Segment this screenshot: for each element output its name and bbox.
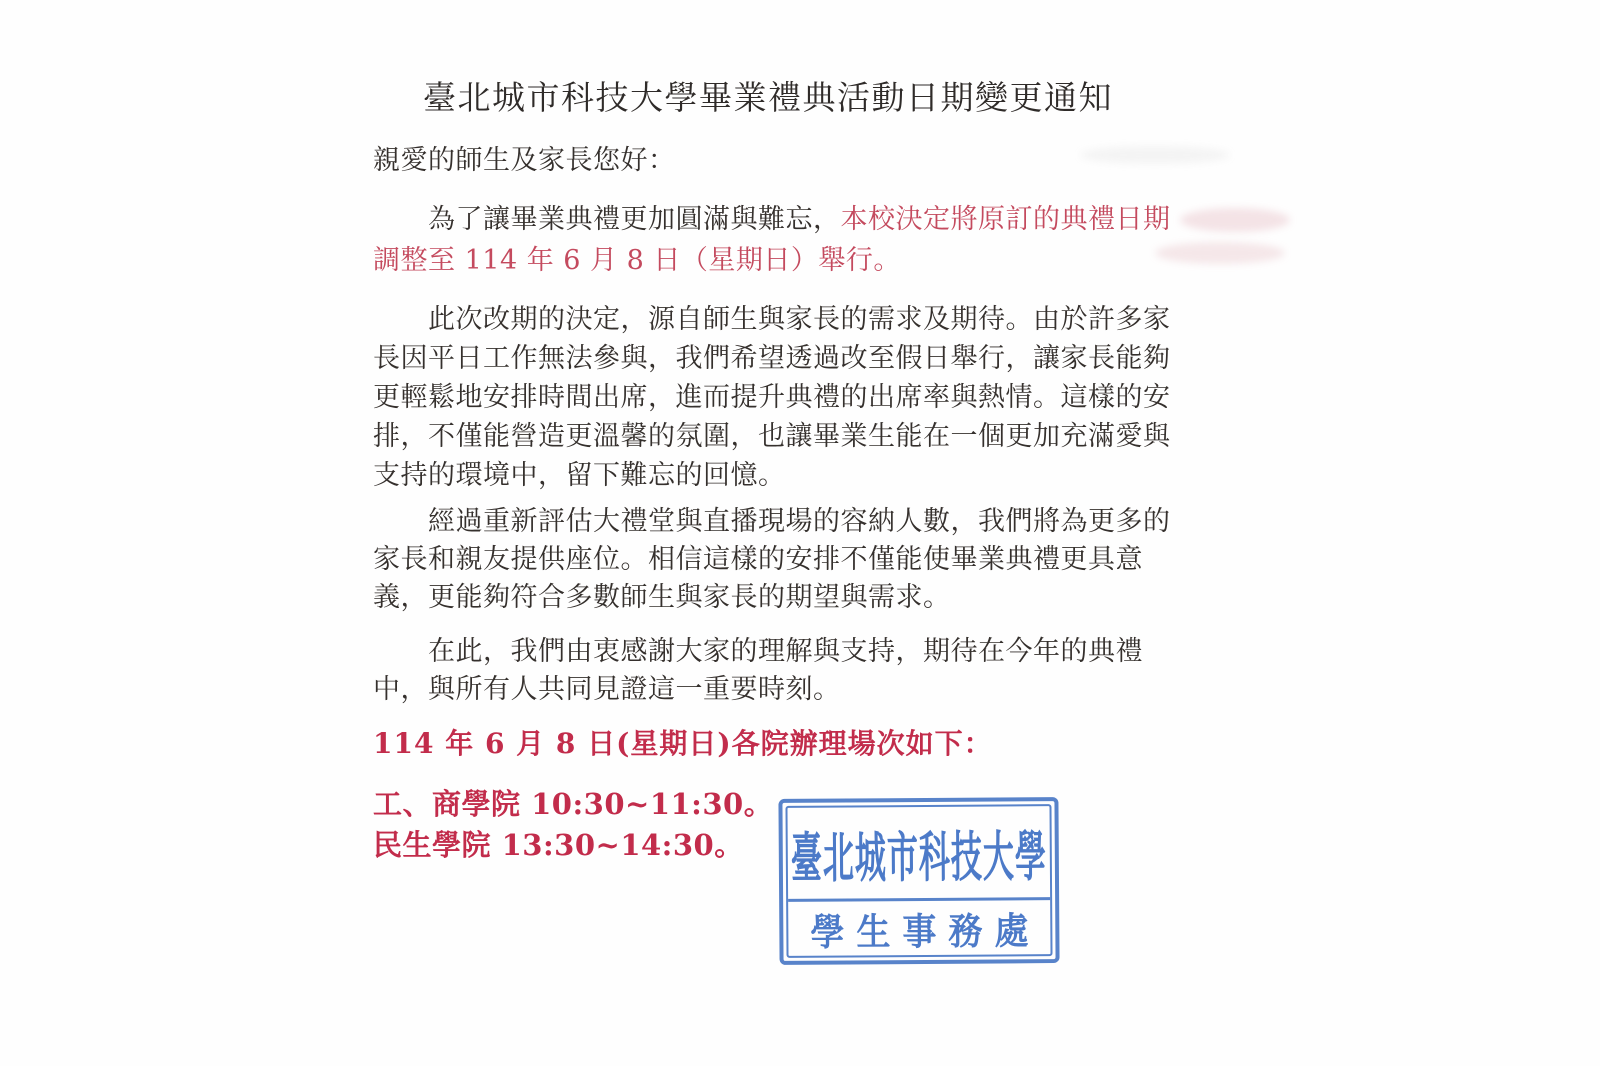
paragraph-thanks: 在此，我們由衷感謝大家的理解與支持，期待在今年的典禮 中，與所有人共同見證這一重… bbox=[373, 633, 1143, 709]
greeting-line: 親愛的師生及家長您好： bbox=[373, 138, 676, 177]
date-change-lead-text: 為了讓畢業典禮更加圓滿與難忘， bbox=[428, 204, 841, 235]
stamp-university-name-text: 臺北城市科技大學 bbox=[791, 812, 1048, 893]
official-stamp: 臺北城市科技大學 學生事務處 bbox=[778, 797, 1059, 965]
paragraph-reason-line-1: 此次改期的決定，源自師生與家長的需求及期待。由於許多家 bbox=[373, 300, 1171, 339]
schedule-line-engineering-business: 工、商學院 10:30~11:30。 bbox=[373, 784, 773, 825]
paragraph-thanks-line-1: 在此，我們由衷感謝大家的理解與支持，期待在今年的典禮 bbox=[373, 633, 1143, 671]
scan-smudge bbox=[1080, 146, 1230, 164]
paragraph-capacity-line-1: 經過重新評估大禮堂與直播現場的容納人數，我們將為更多的 bbox=[373, 503, 1171, 541]
notice-title: 臺北城市科技大學畢業禮典活動日期變更通知 bbox=[373, 72, 1163, 119]
stamp-office-name: 學生事務處 bbox=[788, 900, 1050, 956]
stamp-office-name-text: 學生事務處 bbox=[798, 900, 1040, 956]
paragraph-capacity-line-3: 義，更能夠符合多數師生與家長的期望與需求。 bbox=[373, 579, 1171, 617]
paragraph-reason-line-3: 更輕鬆地安排時間出席，進而提升典禮的出席率與熱情。這樣的安 bbox=[373, 378, 1171, 417]
paragraph-reason-line-2: 長因平日工作無法參與，我們希望透過改至假日舉行，讓家長能夠 bbox=[373, 339, 1171, 378]
schedule-heading: 114 年 6 月 8 日(星期日)各院辦理場次如下： bbox=[373, 722, 993, 762]
paragraph-capacity: 經過重新評估大禮堂與直播現場的容納人數，我們將為更多的 家長和親友提供座位。相信… bbox=[373, 503, 1171, 617]
paragraph-capacity-line-2: 家長和親友提供座位。相信這樣的安排不僅能使畢業典禮更具意 bbox=[373, 541, 1171, 579]
stamp-university-name: 臺北城市科技大學 bbox=[787, 806, 1050, 902]
paragraph-reason-line-5: 支持的環境中，留下難忘的回憶。 bbox=[373, 456, 1171, 495]
schedule-line-human-ecology: 民生學院 13:30~14:30。 bbox=[373, 825, 773, 866]
date-change-highlight-part2: 調整至 114 年 6 月 8 日（星期日）舉行。 bbox=[373, 240, 1171, 281]
paragraph-reason-line-4: 排，不僅能營造更溫馨的氛圍，也讓畢業生能在一個更加充滿愛與 bbox=[373, 417, 1171, 456]
paragraph-thanks-line-2: 中，與所有人共同見證這一重要時刻。 bbox=[373, 671, 1143, 709]
schedule-list: 工、商學院 10:30~11:30。 民生學院 13:30~14:30。 bbox=[373, 784, 773, 866]
paragraph-date-change: 為了讓畢業典禮更加圓滿與難忘，本校決定將原訂的典禮日期 調整至 114 年 6 … bbox=[373, 199, 1171, 281]
scan-smudge bbox=[1180, 208, 1290, 232]
date-change-highlight-part1: 本校決定將原訂的典禮日期 bbox=[841, 204, 1171, 235]
official-stamp-frame: 臺北城市科技大學 學生事務處 bbox=[785, 804, 1052, 958]
scanned-notice-page: 臺北城市科技大學畢業禮典活動日期變更通知 親愛的師生及家長您好： 為了讓畢業典禮… bbox=[0, 0, 1600, 1066]
paragraph-date-change-line-1: 為了讓畢業典禮更加圓滿與難忘，本校決定將原訂的典禮日期 bbox=[373, 199, 1171, 240]
paragraph-reason: 此次改期的決定，源自師生與家長的需求及期待。由於許多家 長因平日工作無法參與，我… bbox=[373, 300, 1171, 495]
scan-smudge bbox=[1155, 242, 1285, 264]
